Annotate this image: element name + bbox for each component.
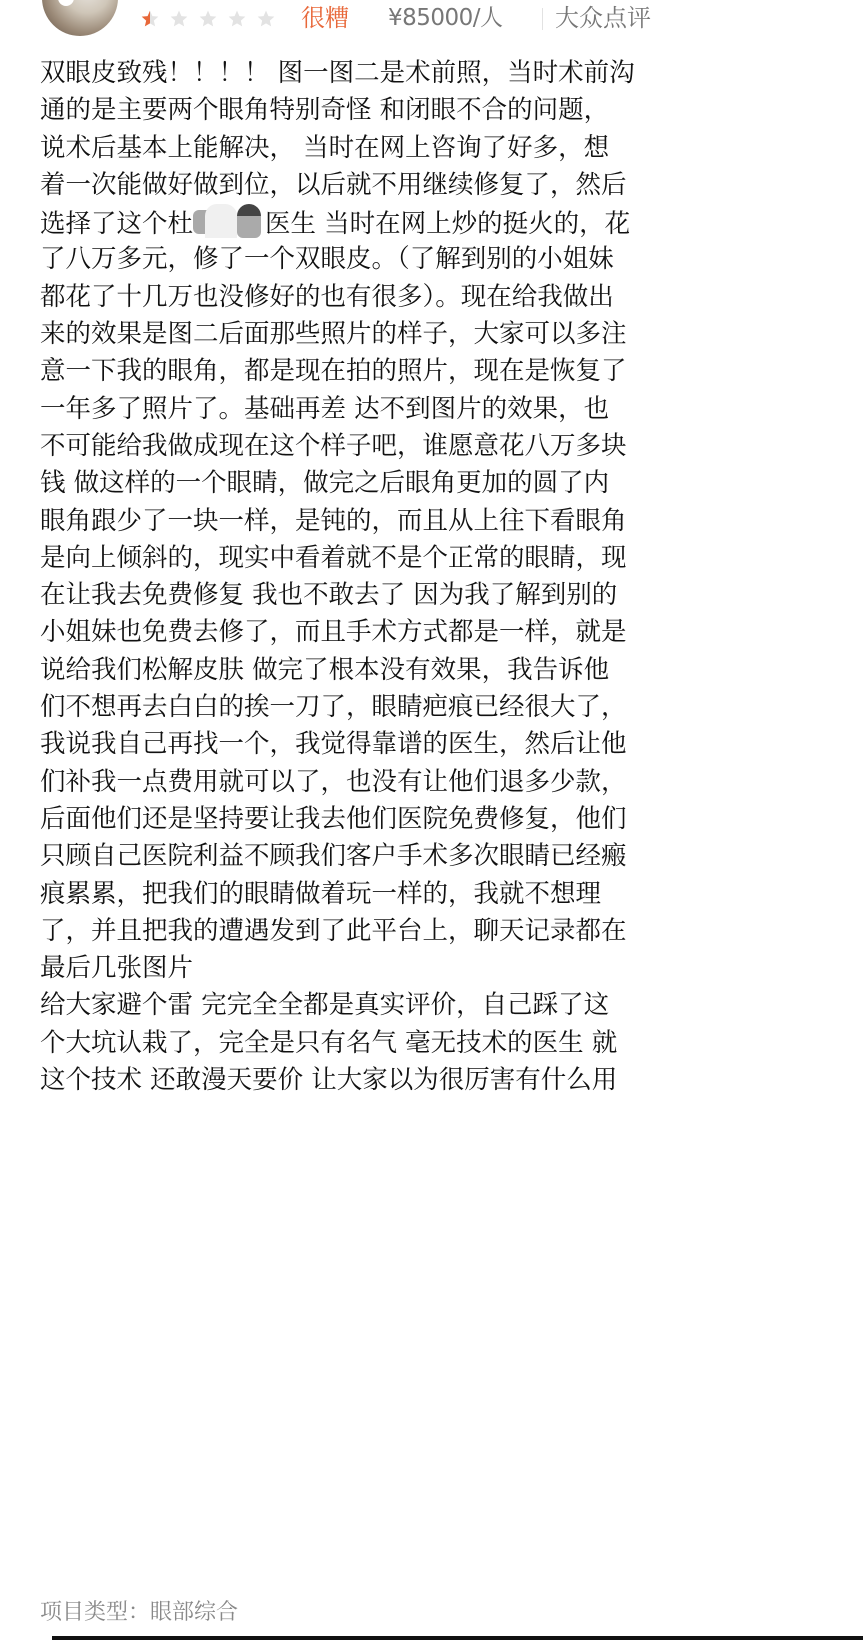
- user-avatar[interactable]: [42, 0, 118, 36]
- star-rating: [140, 6, 285, 32]
- review-line: 眼角跟少了一块一样，是钝的，而且从上往下看眼角: [40, 503, 840, 540]
- review-header: 很糟 ¥85000/人 大众点评: [0, 0, 863, 40]
- category-value: 眼部综合: [150, 1600, 238, 1625]
- review-line: [40, 1099, 840, 1136]
- review-line: 意一下我的眼角，都是现在拍的照片，现在是恢复了: [40, 353, 840, 390]
- review-line: 我说我自己再找一个，我觉得靠谱的医生，然后让他: [40, 726, 840, 763]
- bottom-divider: [52, 1636, 863, 1640]
- header-divider: [542, 8, 543, 30]
- review-line: 说术后基本上能解决， 当时在网上咨询了好多，想: [40, 130, 840, 167]
- review-line: 痕累累，把我们的眼睛做着玩一样的，我就不想理: [40, 876, 840, 913]
- review-line: 个大坑认栽了，完全是只有名气 毫无技术的医生 就: [40, 1025, 840, 1062]
- review-line: 了，并且把我的遭遇发到了此平台上，聊天记录都在: [40, 913, 840, 950]
- review-line: 钱 做这样的一个眼睛，做完之后眼角更加的圆了内: [40, 465, 840, 502]
- price-per-person: ¥85000/人: [388, 2, 503, 34]
- review-line: 给大家避个雷 完完全全都是真实评价，自己踩了这: [40, 987, 840, 1024]
- review-line: 只顾自己医院利益不顾我们客户手术多次眼睛已经瘢: [40, 838, 840, 875]
- empty-star-icon: [256, 9, 276, 29]
- review-line: 通的是主要两个眼角特别奇怪 和闭眼不合的问题，: [40, 92, 840, 129]
- review-body: 双眼皮致残！！！！ 图一图二是术前照，当时术前沟 通的是主要两个眼角特别奇怪 和…: [40, 55, 840, 1137]
- review-line: 这个技术 还敢漫天要价 让大家以为很厉害有什么用: [40, 1062, 840, 1099]
- category-label: 项目类型：: [40, 1600, 150, 1625]
- review-text: 选择了这个杜: [40, 209, 193, 239]
- review-line: 都花了十几万也没修好的也有很多）。现在给我做出: [40, 279, 840, 316]
- project-category: 项目类型：眼部综合: [40, 1598, 238, 1628]
- review-line: 着一次能做好做到位，以后就不用继续修复了，然后: [40, 167, 840, 204]
- review-line: 们补我一点费用就可以了，也没有让他们退多少款，: [40, 764, 840, 801]
- review-line: 后面他们还是坚持要让我去他们医院免费修复，他们: [40, 801, 840, 838]
- review-line: 一年多了照片了。基础再差 达不到图片的效果，也: [40, 391, 840, 428]
- review-line-redacted: 选择了这个杜医生 当时在网上炒的挺火的，花: [40, 204, 840, 241]
- review-line: 最后几张图片: [40, 950, 840, 987]
- empty-star-icon: [227, 9, 247, 29]
- review-line: 了八万多元，修了一个双眼皮。（了解到别的小姐妹: [40, 241, 840, 278]
- review-line: 是向上倾斜的，现实中看着就不是个正常的眼睛，现: [40, 540, 840, 577]
- empty-star-icon: [169, 9, 189, 29]
- review-line: 小姐妹也免费去修了，而且手术方式都是一样，就是: [40, 614, 840, 651]
- half-star-icon: [140, 9, 160, 29]
- redaction-blot: [193, 204, 265, 238]
- review-line: 说给我们松解皮肤 做完了根本没有效果，我告诉他: [40, 652, 840, 689]
- review-source: 大众点评: [555, 2, 651, 34]
- empty-star-icon: [198, 9, 218, 29]
- rating-label: 很糟: [301, 2, 349, 34]
- review-text: 医生 当时在网上炒的挺火的，花: [265, 209, 630, 239]
- review-line: 不可能给我做成现在这个样子吧，谁愿意花八万多块: [40, 428, 840, 465]
- review-line: 来的效果是图二后面那些照片的样子，大家可以多注: [40, 316, 840, 353]
- review-line: 们不想再去白白的挨一刀了，眼睛疤痕已经很大了，: [40, 689, 840, 726]
- review-line: 在让我去免费修复 我也不敢去了 因为我了解到别的: [40, 577, 840, 614]
- review-line: 双眼皮致残！！！！ 图一图二是术前照，当时术前沟: [40, 55, 840, 92]
